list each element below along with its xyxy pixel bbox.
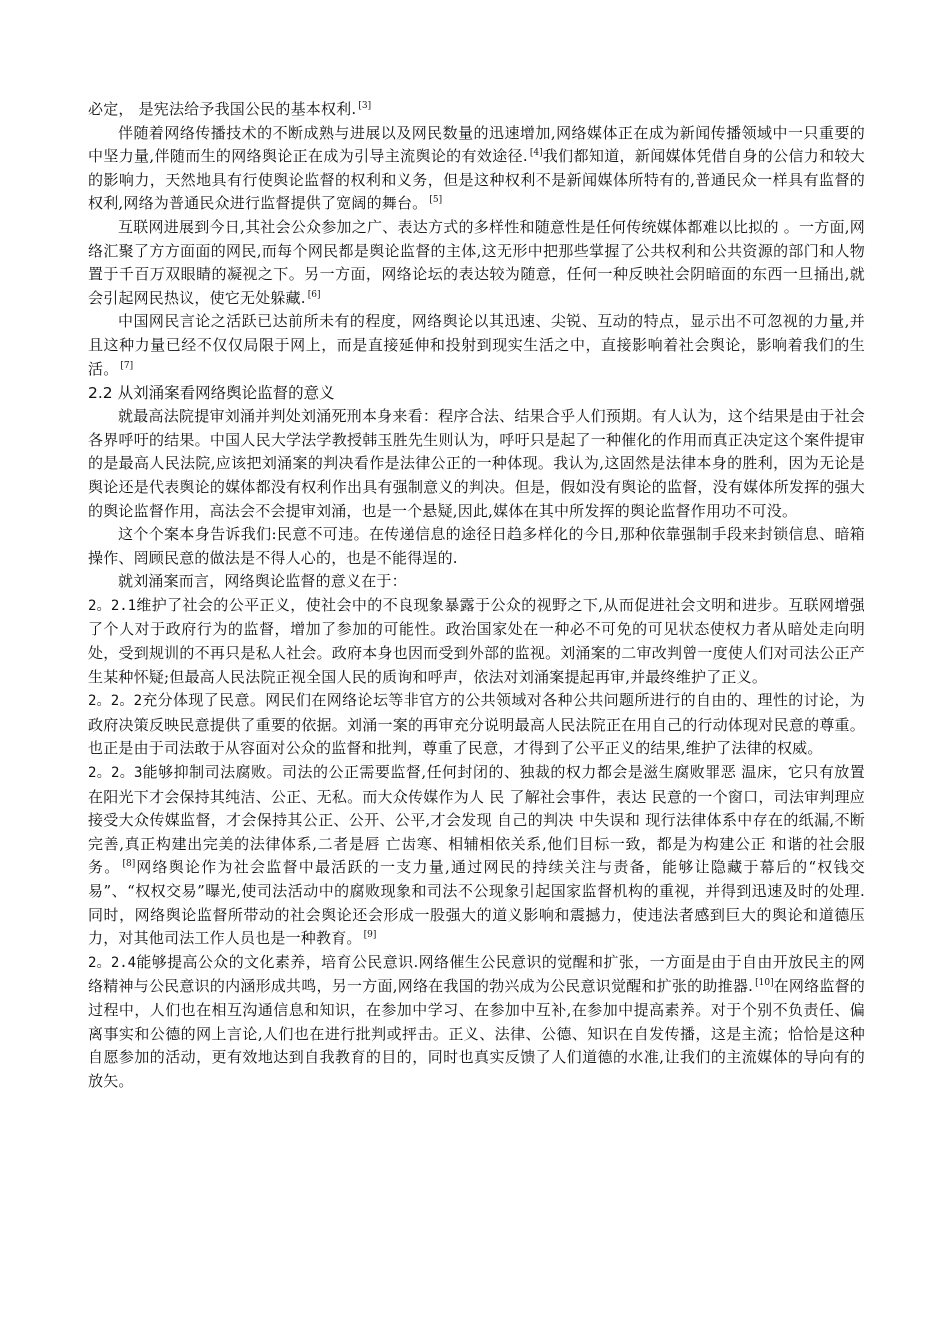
citation-ref: [4] xyxy=(530,148,543,158)
paper-page: 必定， 是宪法给予我国公民的基本权利.[3] 伴随着网络传播技术的不断成熟与进展… xyxy=(88,98,865,1093)
subsection-paragraph: 2。2.1维护了社会的公平正义，使社会中的不良现象暴露于公众的视野之下,从而促进… xyxy=(88,594,865,689)
paragraph: 这个个案本身告诉我们:民意不可违。在传递信息的途径日趋多样化的今日,那种依靠强制… xyxy=(88,523,865,570)
paragraph-text: 必定， 是宪法给予我国公民的基本权利. xyxy=(88,100,356,118)
subsection-number: 2。2。3 xyxy=(88,765,142,781)
citation-ref: [6] xyxy=(308,290,321,300)
subsection-number: 2。2.4 xyxy=(88,955,136,971)
subsection-number: 2。2.1 xyxy=(88,598,136,614)
paragraph-text: 互联网进展到今日,其社会公众参加之广、表达方式的多样性和随意性是任何传统媒体都难… xyxy=(88,218,865,307)
paragraph-text: 网络舆论作为社会监督中最活跃的一支力量,通过网民的持续关注与责备，能够让隐藏于幕… xyxy=(88,858,865,947)
subsection-lead: 能够提高公众的文化素养，培育公民意识. xyxy=(136,953,418,971)
paragraph: 必定， 是宪法给予我国公民的基本权利.[3] xyxy=(88,98,865,122)
paragraph: 就最高法院提审刘涌并判处刘涌死刑本身来看：程序合法、结果合乎人们预期。有人认为，… xyxy=(88,405,865,523)
section-heading: 2.2 从刘涌案看网络舆论监督的意义 xyxy=(88,381,865,405)
subsection-paragraph: 2。2。3能够抑制司法腐败。司法的公正需要监督,任何封闭的、独裁的权力都会是滋生… xyxy=(88,761,865,951)
subsection-paragraph: 2。2.4能够提高公众的文化素养，培育公民意识.网络催生公民意识的觉醒和扩张，一… xyxy=(88,951,865,1094)
paragraph-text: 就最高法院提审刘涌并判处刘涌死刑本身来看：程序合法、结果合乎人们预期。有人认为，… xyxy=(88,407,865,519)
citation-ref: [5] xyxy=(429,195,442,205)
paragraph-text: 这个个案本身告诉我们:民意不可违。在传递信息的途径日趋多样化的今日,那种依靠强制… xyxy=(88,525,865,567)
subsection-lead: 维护了社会的公平正义，使社会中的不良现象暴露于公众的视野之下,从而促进社会文明和… xyxy=(136,596,788,614)
subsection-lead: 充分体现了民意。 xyxy=(142,691,265,709)
paragraph-text: 中国网民言论之活跃已达前所未有的程度，网络舆论以其迅速、尖锐、互动的特点，显示出… xyxy=(88,312,865,377)
subsection-number: 2。2。2 xyxy=(88,693,142,709)
citation-ref: [7] xyxy=(120,361,133,371)
subsection-paragraph: 2。2。2充分体现了民意。网民们在网络论坛等非官方的公共领域对各种公共问题所进行… xyxy=(88,689,865,761)
citation-ref: [10] xyxy=(755,978,773,988)
paragraph-text: 就刘涌案而言，网络舆论监督的意义在于： xyxy=(118,572,407,590)
paragraph: 伴随着网络传播技术的不断成熟与进展以及网民数量的迅速增加,网络媒体正在成为新闻传… xyxy=(88,122,865,216)
paragraph: 就刘涌案而言，网络舆论监督的意义在于： xyxy=(88,570,865,594)
citation-ref: [8] xyxy=(123,859,136,869)
citation-ref: [3] xyxy=(358,101,371,111)
paragraph: 中国网民言论之活跃已达前所未有的程度，网络舆论以其迅速、尖锐、互动的特点，显示出… xyxy=(88,310,865,381)
subsection-lead: 能够抑制司法腐败。 xyxy=(142,763,282,781)
paragraph: 互联网进展到今日,其社会公众参加之广、表达方式的多样性和随意性是任何传统媒体都难… xyxy=(88,216,865,310)
citation-ref: [9] xyxy=(364,930,377,940)
